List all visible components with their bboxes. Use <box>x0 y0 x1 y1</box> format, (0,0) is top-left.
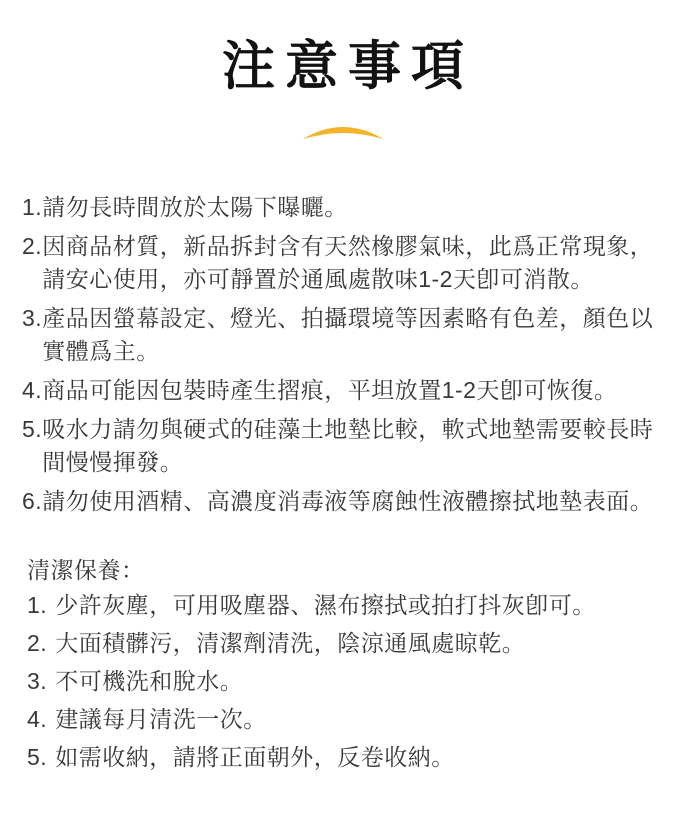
note-item: 1. 請勿長時間放於太陽下曝曬。 <box>22 191 664 224</box>
note-item-number: 4. <box>22 374 42 407</box>
care-item: 2. 大面積髒污，清潔劑清洗，陰涼通風處晾乾。 <box>27 627 664 660</box>
care-item-text: 不可機洗和脫水。 <box>55 665 664 698</box>
title-underline-arc-icon <box>299 119 387 141</box>
note-item-number: 3. <box>22 302 42 335</box>
note-item: 4. 商品可能因包裝時產生摺痕，平坦放置1-2天卽可恢復。 <box>22 374 664 407</box>
care-item: 3. 不可機洗和脫水。 <box>27 665 664 698</box>
note-item-number: 5. <box>22 413 42 446</box>
care-item-text: 如需收納，請將正面朝外，反卷收納。 <box>55 741 664 774</box>
notes-list: 1. 請勿長時間放於太陽下曝曬。 2. 因商品材質，新品拆封含有天然橡膠氣味，此… <box>22 191 664 518</box>
note-item: 6. 請勿使用酒精、高濃度消毒液等腐蝕性液體擦拭地墊表面。 <box>22 485 664 518</box>
note-item-text: 吸水力請勿與硬式的硅藻土地墊比較，軟式地墊需要較長時間慢慢揮發。 <box>42 413 664 479</box>
care-item: 5. 如需收納，請將正面朝外，反卷收納。 <box>27 741 664 774</box>
note-item-number: 6. <box>22 485 42 518</box>
note-item-text: 商品可能因包裝時產生摺痕，平坦放置1-2天卽可恢復。 <box>42 374 664 407</box>
care-item-text: 大面積髒污，清潔劑清洗，陰涼通風處晾乾。 <box>55 627 664 660</box>
care-item-number: 4. <box>27 703 47 736</box>
note-item-number: 2. <box>22 230 42 263</box>
note-item-number: 1. <box>22 191 42 224</box>
care-item-number: 5. <box>27 741 47 774</box>
care-item-text: 少許灰塵，可用吸塵器、濕布擦拭或拍打抖灰卽可。 <box>55 589 664 622</box>
note-item: 3. 產品因螢幕設定、燈光、拍攝環境等因素略有色差，顏色以實體爲主。 <box>22 302 664 368</box>
note-item: 2. 因商品材質，新品拆封含有天然橡膠氣味，此爲正常現象，請安心使用，亦可靜置於… <box>22 230 664 296</box>
page-title: 注意事項 <box>22 36 664 99</box>
care-item-number: 1. <box>27 589 47 622</box>
care-item-number: 3. <box>27 665 47 698</box>
care-section: 清潔保養： 1. 少許灰塵，可用吸塵器、濕布擦拭或拍打抖灰卽可。 2. 大面積髒… <box>22 554 664 774</box>
care-section-heading: 清潔保養： <box>27 554 664 587</box>
note-item: 5. 吸水力請勿與硬式的硅藻土地墊比較，軟式地墊需要較長時間慢慢揮發。 <box>22 413 664 479</box>
care-item-number: 2. <box>27 627 47 660</box>
note-item-text: 因商品材質，新品拆封含有天然橡膠氣味，此爲正常現象，請安心使用，亦可靜置於通風處… <box>42 230 664 296</box>
note-item-text: 產品因螢幕設定、燈光、拍攝環境等因素略有色差，顏色以實體爲主。 <box>42 302 664 368</box>
care-item-text: 建議每月清洗一次。 <box>55 703 664 736</box>
notice-page: 注意事項 1. 請勿長時間放於太陽下曝曬。 2. 因商品材質，新品拆封含有天然橡… <box>0 0 680 816</box>
note-item-text: 請勿使用酒精、高濃度消毒液等腐蝕性液體擦拭地墊表面。 <box>42 485 664 518</box>
care-item: 1. 少許灰塵，可用吸塵器、濕布擦拭或拍打抖灰卽可。 <box>27 589 664 622</box>
note-item-text: 請勿長時間放於太陽下曝曬。 <box>42 191 664 224</box>
care-item: 4. 建議每月清洗一次。 <box>27 703 664 736</box>
